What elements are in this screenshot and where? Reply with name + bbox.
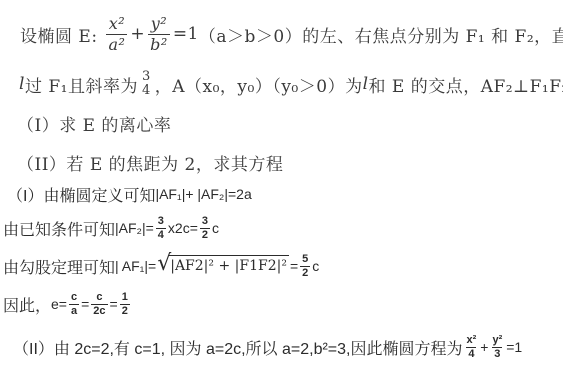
slope-three-fourths: 3 4 [142,70,151,97]
fraction-numerator: x² [464,334,478,347]
radicand: |AF2|² + |F1F2|² [168,255,289,274]
fraction-numerator: x² [107,14,127,34]
question-1-text: （I）求 E 的离心率 [17,111,171,136]
fraction-numerator: 3 [200,215,210,228]
fraction-denominator: 2 [120,304,130,318]
formula-sum-of-radii: |AF₁|+ |AF₂|=2a [155,186,251,202]
fraction-numerator: 5 [300,253,310,266]
solution-step-definition: （I）由椭圆定义可知 |AF₁|+ |AF₂|=2a [7,183,252,205]
stack-numerator: 3 [142,70,151,84]
equals-one: =1 [173,24,199,44]
step-label: （I）由椭圆定义可知 [7,183,155,206]
fraction-x2-4: x² 4 [464,334,478,360]
fraction-denominator: 2c [91,304,107,318]
plus-sign: + [480,339,488,355]
step-label: 因此， [3,293,51,316]
text-segment: （a＞b＞0）的左、右焦点分别为 F₁ 和 F₂，直线 [199,22,563,47]
fraction-x2-a2: x² a² [106,14,127,55]
fraction-5-2: 5 2 [300,253,310,279]
question-1: （I）求 E 的离心率 [17,112,171,134]
step-label: （II）由 2c=2,有 c=1, 因为 a=2c,所以 a=2,b²=3,因此… [13,336,462,359]
equals-one: =1 [506,339,522,355]
fraction-numerator: 3 [156,215,166,228]
equals-sign: = [110,296,118,312]
fraction-denominator: 3 [492,347,502,361]
math-document: 设椭圆 E: x² a² + y² b² =1 （a＞b＞0）的左、右焦点分别为… [0,0,563,370]
text-segment: 和 E 的交点，AF₂⊥F₁F₂ ， [369,72,563,97]
text-segment: 设椭圆 E: [20,22,103,47]
fraction-denominator: a [69,304,79,318]
fraction-denominator: 2 [200,228,210,242]
fraction-denominator: b² [148,34,170,55]
solution-step-af2: 由已知条件可知 |AF₂|= 3 4 x2c= 3 2 c [3,211,219,245]
fraction-numerator: c [94,291,104,304]
fraction-denominator: 2 [300,266,310,280]
formula-prefix: | AF₁|= [115,258,156,274]
fraction-numerator: 1 [120,291,130,304]
formula-middle: x2c= [168,220,198,236]
question-2-text: （II）若 E 的焦距为 2，求其方程 [17,150,283,175]
formula-prefix: |AF₂|= [115,220,154,236]
fraction-numerator: y² [490,334,504,347]
equals-sign: = [290,258,298,274]
radical-sign: √ [157,253,171,275]
stack-denominator: 4 [142,84,151,98]
fraction-numerator: y² [149,14,169,34]
plus-sign: + [130,24,145,44]
problem-line-slope: l 过 F₁且斜率为 3 4 ，A（x₀，y₀）（y₀＞0）为 l 和 E 的交… [19,62,563,106]
formula-prefix: e= [51,296,67,312]
fraction-y2-3: y² 3 [490,334,504,360]
formula-suffix: c [312,258,319,274]
fraction-y2-b2: y² b² [148,14,170,55]
text-segment: 过 F₁且斜率为 [25,72,138,97]
fraction-1-2: 1 2 [120,291,130,317]
formula-suffix: c [212,220,219,236]
fraction-denominator: 4 [156,228,166,242]
fraction-c-a: c a [69,291,79,317]
problem-line-equation: 设椭圆 E: x² a² + y² b² =1 （a＞b＞0）的左、右焦点分别为… [20,8,563,60]
step-label: 由已知条件可知 [3,217,115,240]
fraction-c-2c: c 2c [91,291,107,317]
solution-step-eccentricity: 因此， e= c a = c 2c = 1 2 [3,288,132,320]
fraction-denominator: a² [106,34,127,55]
solution-step-pythagorean: 由勾股定理可知 | AF₁|= √ |AF2|² + |F1F2|² = 5 2… [3,247,319,285]
fraction-3-2: 3 2 [200,215,210,241]
solution-step-final-equation: （II）由 2c=2,有 c=1, 因为 a=2c,所以 a=2,b²=3,因此… [13,328,522,366]
fraction-numerator: c [69,291,79,304]
question-2: （II）若 E 的焦距为 2，求其方程 [17,151,283,173]
step-label: 由勾股定理可知 [3,255,115,278]
equals-sign: = [81,296,89,312]
text-segment: ，A（x₀，y₀）（y₀＞0）为 [155,72,363,97]
square-root-expression: √ |AF2|² + |F1F2|² [157,255,289,277]
fraction-3-4: 3 4 [156,215,166,241]
fraction-denominator: 4 [466,347,476,361]
